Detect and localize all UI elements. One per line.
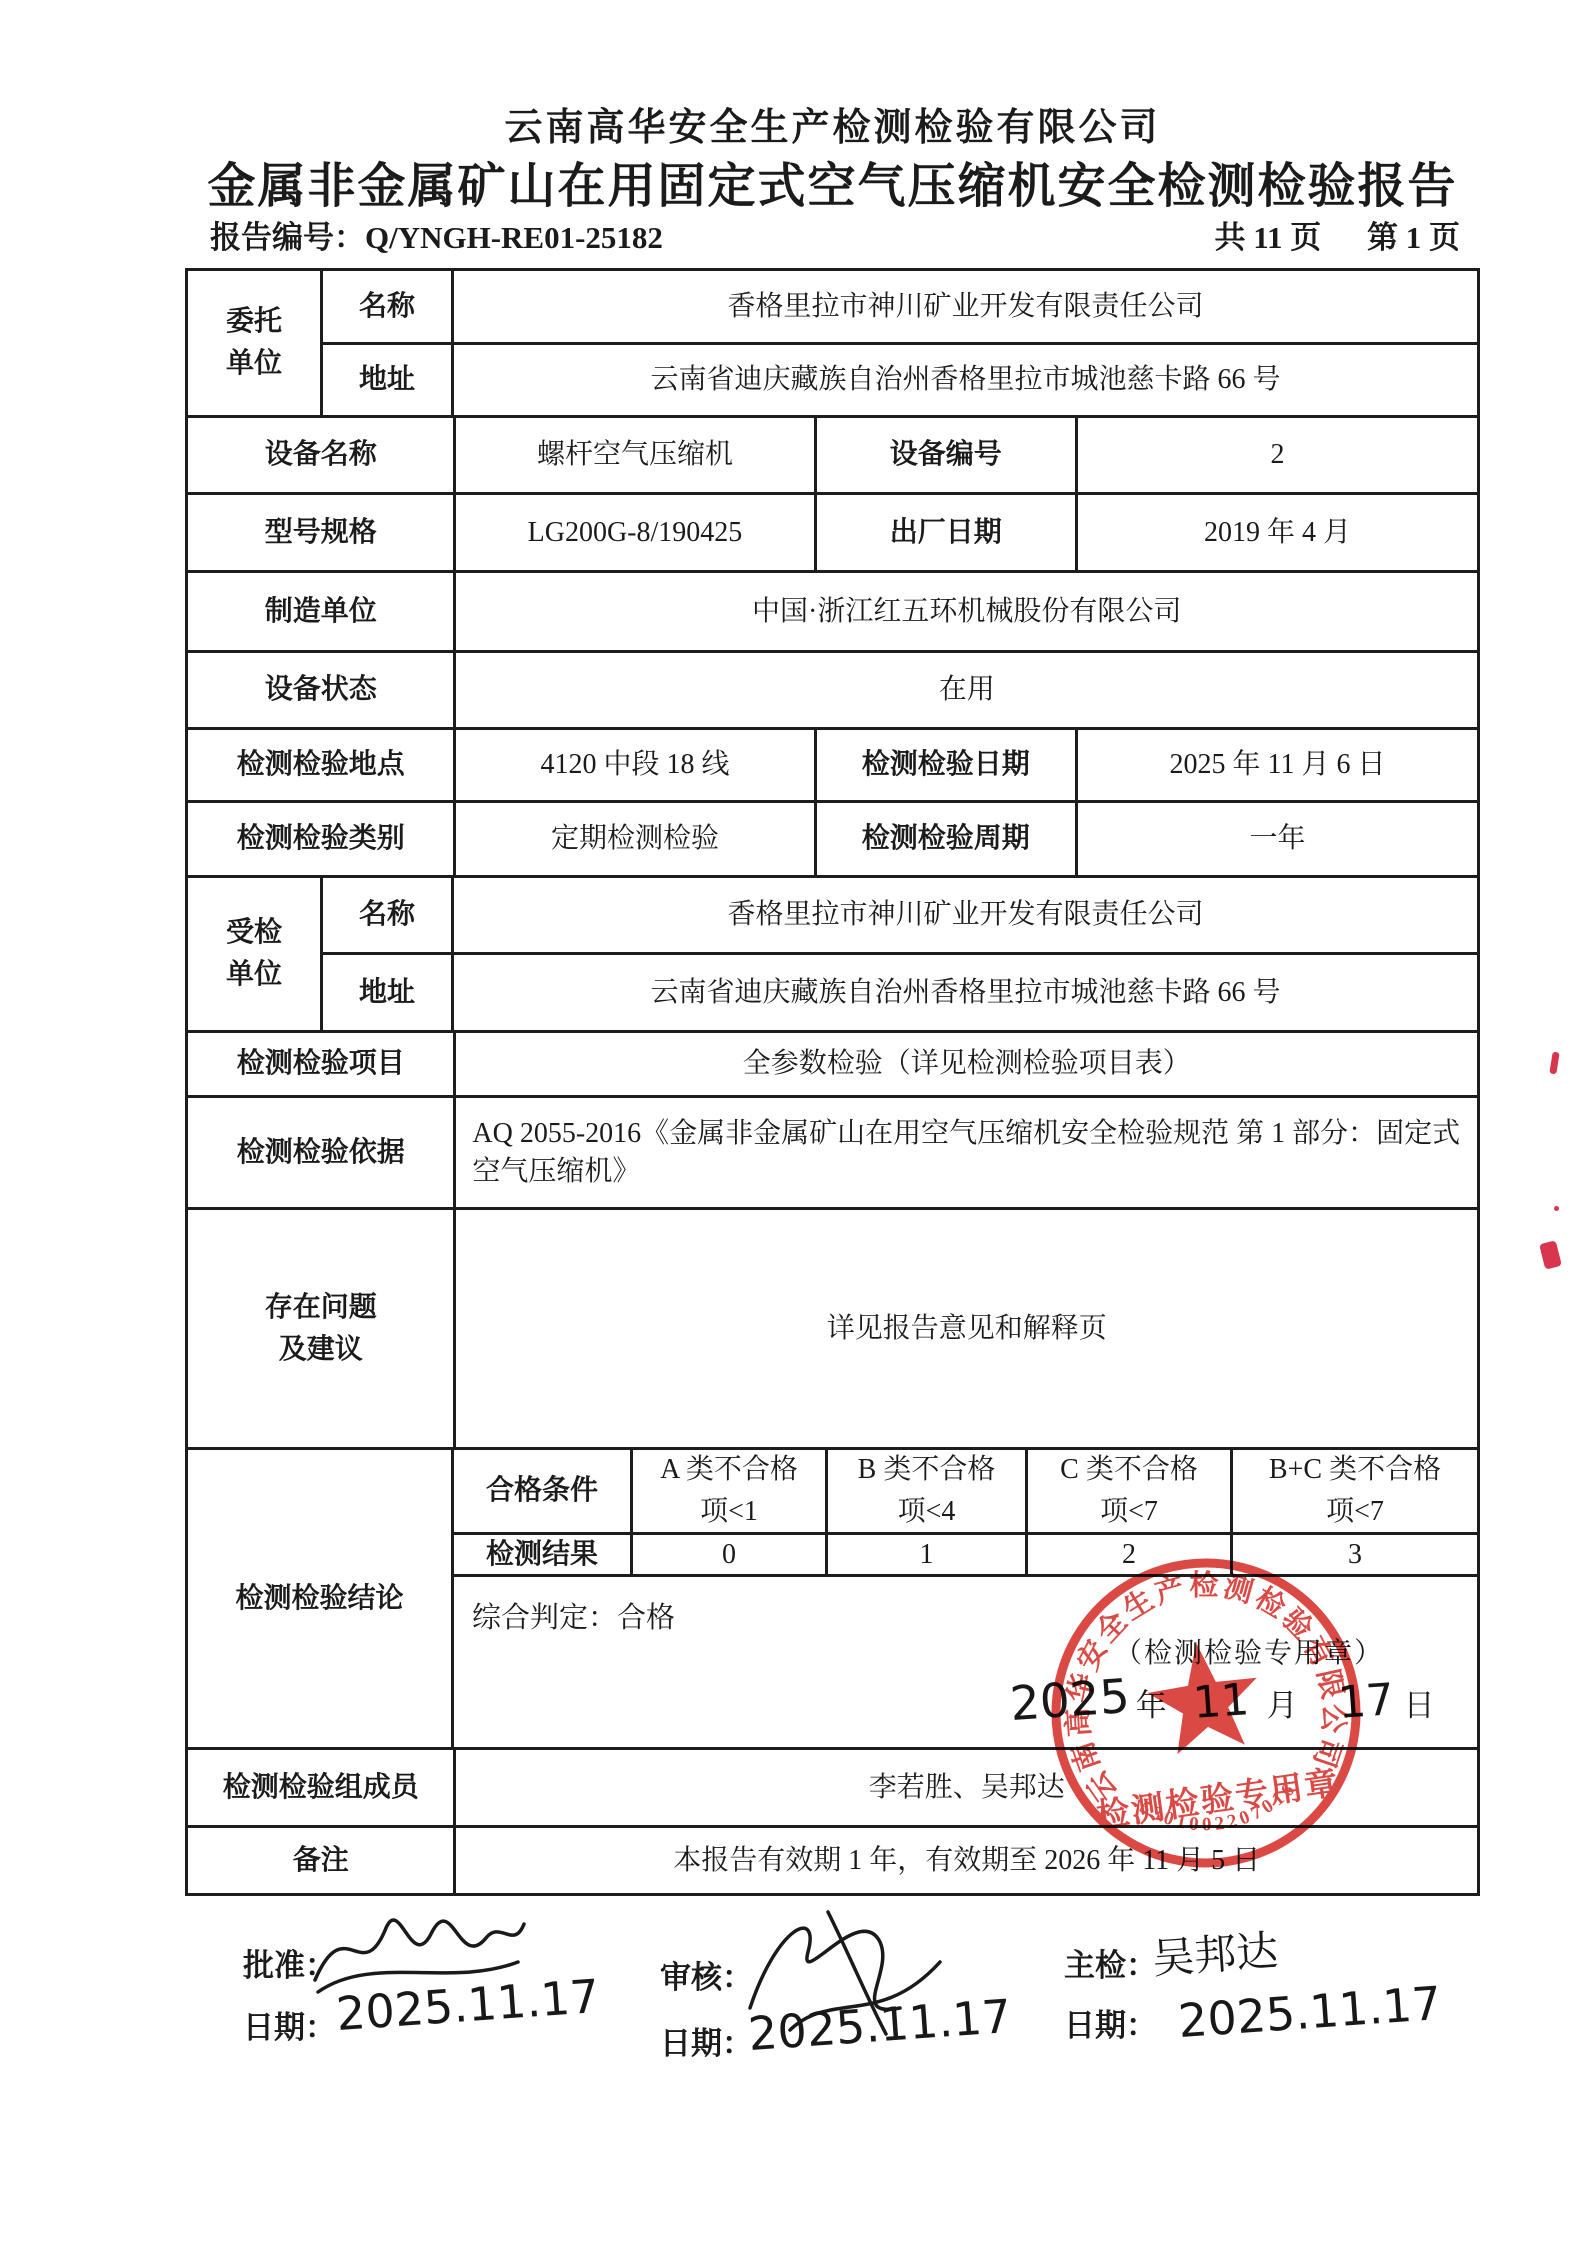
mfg-date-label: 出厂日期 <box>817 495 1078 573</box>
client-group-label-line2: 单位 <box>226 343 282 385</box>
items-label: 检测检验项目 <box>188 1033 456 1098</box>
criteria-b-line2: 项<4 <box>898 1491 956 1533</box>
criteria-header-row: 合格条件 A 类不合格 项<1 B 类不合格 项<4 C 类不合格 项<7 B <box>454 1450 1480 1535</box>
problems-row: 存在问题 及建议 详见报告意见和解释页 <box>188 1210 1480 1450</box>
chief-signature: 吴邦达 <box>1150 1918 1280 1987</box>
criteria-label: 合格条件 <box>454 1450 633 1535</box>
cycle-label: 检测检验周期 <box>817 803 1078 878</box>
stamp-star <box>1141 1635 1265 1757</box>
verdict-line: 综合判定：合格 <box>472 1599 675 1638</box>
basis-value: AQ 2055-2016《金属非金属矿山在用空气压缩机安全检验规范 第 1 部分… <box>456 1098 1480 1210</box>
red-margin-mark <box>1539 1240 1562 1269</box>
report-title: 金属非金属矿山在用固定式空气压缩机安全检测检验报告 <box>145 147 1520 216</box>
client-addr-label: 地址 <box>323 345 454 418</box>
model-label: 型号规格 <box>188 495 456 573</box>
verdict-value: 合格 <box>617 1602 675 1634</box>
inspected-group-label-line1: 受检 <box>226 912 282 954</box>
category-row: 检测检验类别 定期检测检验 检测检验周期 一年 <box>188 803 1480 878</box>
chief-label: 主检： <box>1064 1940 1157 1985</box>
criteria-a-line2: 项<1 <box>700 1491 758 1533</box>
problems-value: 详见报告意见和解释页 <box>456 1210 1480 1450</box>
equipment-no-value: 2 <box>1078 418 1480 495</box>
criteria-b-line1: B 类不合格 <box>858 1449 996 1491</box>
basis-label: 检测检验依据 <box>188 1098 456 1210</box>
report-number-label: 报告编号： <box>210 220 365 255</box>
mfg-date-value: 2019 年 4 月 <box>1078 495 1480 573</box>
stamp-svg: 云南高华安全生产检测检验有限公司 检测检验专用章 5301002207016 <box>1014 1521 1398 1905</box>
result-a: 0 <box>633 1535 828 1577</box>
day-unit: 日 <box>1404 1685 1435 1727</box>
inspected-group-label-line2: 单位 <box>226 954 282 996</box>
client-group-label: 委托 单位 <box>188 271 323 418</box>
inspected-group-body: 名称 香格里拉市神川矿业开发有限责任公司 地址 云南省迪庆藏族自治州香格里拉市城… <box>323 878 1480 1033</box>
problems-label-line2: 及建议 <box>279 1329 363 1371</box>
result-b: 1 <box>828 1535 1028 1577</box>
verdict-label: 综合判定： <box>472 1602 617 1634</box>
criteria-b: B 类不合格 项<4 <box>828 1450 1028 1535</box>
model-value: LG200G-8/190425 <box>456 495 816 573</box>
client-name-label: 名称 <box>323 271 454 345</box>
review-date-label: 日期： <box>660 2018 753 2063</box>
category-label: 检测检验类别 <box>188 803 456 878</box>
inspection-date-value: 2025 年 11 月 6 日 <box>1078 730 1480 803</box>
equipment-no-label: 设备编号 <box>817 418 1078 495</box>
client-name-value: 香格里拉市神川矿业开发有限责任公司 <box>454 271 1480 345</box>
maker-row: 制造单位 中国·浙江红五环机械股份有限公司 <box>188 573 1480 653</box>
report-number: 报告编号：Q/YNGH-RE01-25182 <box>210 212 663 257</box>
client-group-body: 名称 香格里拉市神川矿业开发有限责任公司 地址 云南省迪庆藏族自治州香格里拉市城… <box>323 271 1480 418</box>
inspected-addr-value: 云南省迪庆藏族自治州香格里拉市城池慈卡路 66 号 <box>454 955 1480 1033</box>
inspected-group: 受检 单位 名称 香格里拉市神川矿业开发有限责任公司 地址 云南省迪庆藏族自治州… <box>188 878 1480 1033</box>
inspected-name-row: 名称 香格里拉市神川矿业开发有限责任公司 <box>323 878 1480 955</box>
company-stamp: 云南高华安全生产检测检验有限公司 检测检验专用章 5301002207016 <box>1014 1521 1398 1905</box>
equipment-name-label: 设备名称 <box>188 418 456 495</box>
chief-date: 2025.11.17 <box>1176 1976 1443 2048</box>
criteria-c: C 类不合格 项<7 <box>1028 1450 1233 1535</box>
report-number-value: Q/YNGH-RE01-25182 <box>365 220 663 255</box>
inspected-group-label: 受检 单位 <box>188 878 323 1033</box>
criteria-bc-line1: B+C 类不合格 <box>1269 1449 1441 1491</box>
place-value: 4120 中段 18 线 <box>456 730 816 803</box>
maker-label: 制造单位 <box>188 573 456 653</box>
equipment-name-row: 设备名称 螺杆空气压缩机 设备编号 2 <box>188 418 1480 495</box>
items-value: 全参数检验（详见检测检验项目表） <box>456 1033 1480 1098</box>
criteria-a: A 类不合格 项<1 <box>633 1450 828 1535</box>
conclusion-label: 检测检验结论 <box>188 1450 454 1750</box>
org-title: 云南高华安全生产检测检验有限公司 <box>185 96 1480 151</box>
criteria-c-line1: C 类不合格 <box>1060 1449 1198 1491</box>
status-value: 在用 <box>456 653 1480 730</box>
inspected-name-value: 香格里拉市神川矿业开发有限责任公司 <box>454 878 1480 955</box>
chief-date-label: 日期： <box>1064 2000 1157 2045</box>
problems-label: 存在问题 及建议 <box>188 1210 456 1450</box>
criteria-a-line1: A 类不合格 <box>660 1449 798 1491</box>
page-current: 第 1 页 <box>1367 220 1460 255</box>
client-name-row: 名称 香格里拉市神川矿业开发有限责任公司 <box>323 271 1480 345</box>
items-row: 检测检验项目 全参数检验（详见检测检验项目表） <box>188 1033 1480 1098</box>
client-group-label-line1: 委托 <box>226 301 282 343</box>
equipment-name-value: 螺杆空气压缩机 <box>456 418 816 495</box>
place-label: 检测检验地点 <box>188 730 456 803</box>
red-margin-mark <box>1554 1206 1559 1211</box>
inspection-date-label: 检测检验日期 <box>817 730 1078 803</box>
criteria-bc: B+C 类不合格 项<7 <box>1233 1450 1480 1535</box>
maker-value: 中国·浙江红五环机械股份有限公司 <box>456 573 1480 653</box>
client-addr-value: 云南省迪庆藏族自治州香格里拉市城池慈卡路 66 号 <box>454 345 1480 418</box>
problems-label-line1: 存在问题 <box>265 1287 377 1329</box>
basis-row: 检测检验依据 AQ 2055-2016《金属非金属矿山在用空气压缩机安全检验规范… <box>188 1098 1480 1210</box>
client-addr-row: 地址 云南省迪庆藏族自治州香格里拉市城池慈卡路 66 号 <box>323 345 1480 418</box>
remark-label: 备注 <box>188 1828 456 1896</box>
pages-total: 共 11 页 <box>1214 220 1321 255</box>
result-label: 检测结果 <box>454 1535 633 1577</box>
client-group: 委托 单位 名称 香格里拉市神川矿业开发有限责任公司 地址 云南省迪庆藏族自治州… <box>188 271 1480 418</box>
place-row: 检测检验地点 4120 中段 18 线 检测检验日期 2025 年 11 月 6… <box>188 730 1480 803</box>
status-label: 设备状态 <box>188 653 456 730</box>
inspected-addr-label: 地址 <box>323 955 454 1033</box>
report-meta-line: 报告编号：Q/YNGH-RE01-25182 共 11 页 第 1 页 <box>210 212 1460 257</box>
approve-date-label: 日期： <box>243 2002 336 2047</box>
report-page: 云南高华安全生产检测检验有限公司 金属非金属矿山在用固定式空气压缩机安全检测检验… <box>0 0 1587 2244</box>
criteria-c-line2: 项<7 <box>1100 1491 1158 1533</box>
status-row: 设备状态 在用 <box>188 653 1480 730</box>
inspected-name-label: 名称 <box>323 878 454 955</box>
team-label: 检测检验组成员 <box>188 1750 456 1828</box>
model-row: 型号规格 LG200G-8/190425 出厂日期 2019 年 4 月 <box>188 495 1480 573</box>
category-value: 定期检测检验 <box>456 803 816 878</box>
inspected-addr-row: 地址 云南省迪庆藏族自治州香格里拉市城池慈卡路 66 号 <box>323 955 1480 1033</box>
page-indicator: 共 11 页 第 1 页 <box>1176 212 1460 257</box>
cycle-value: 一年 <box>1078 803 1480 878</box>
red-margin-mark <box>1549 1052 1559 1075</box>
